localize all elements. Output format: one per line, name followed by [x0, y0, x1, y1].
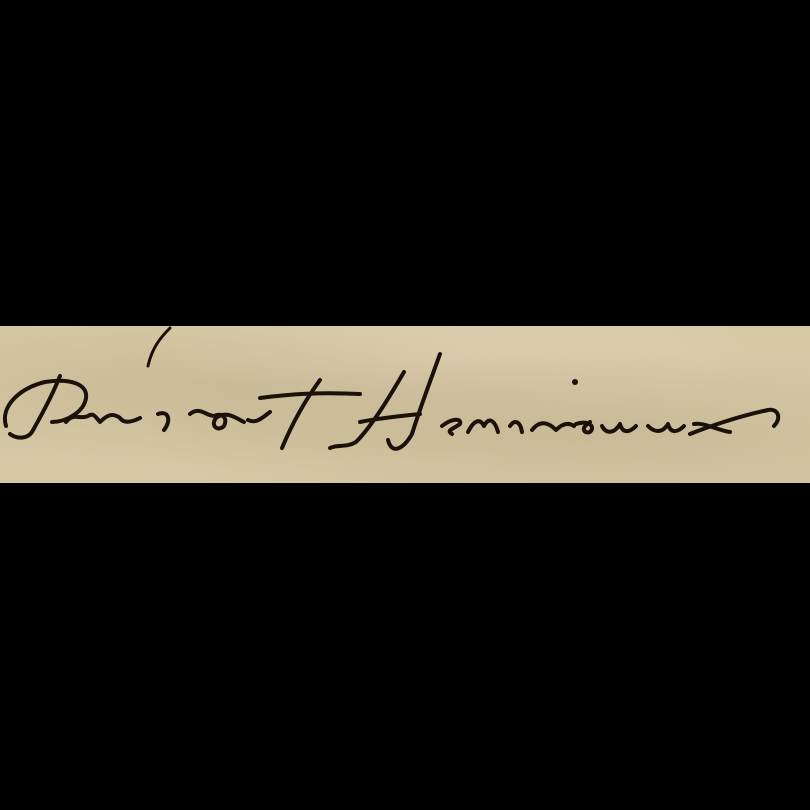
handwriting — [0, 326, 810, 483]
word-henireaux — [330, 354, 440, 449]
word-prevost — [5, 376, 86, 438]
manuscript-strip: Prevost Henireaux — [0, 326, 810, 483]
